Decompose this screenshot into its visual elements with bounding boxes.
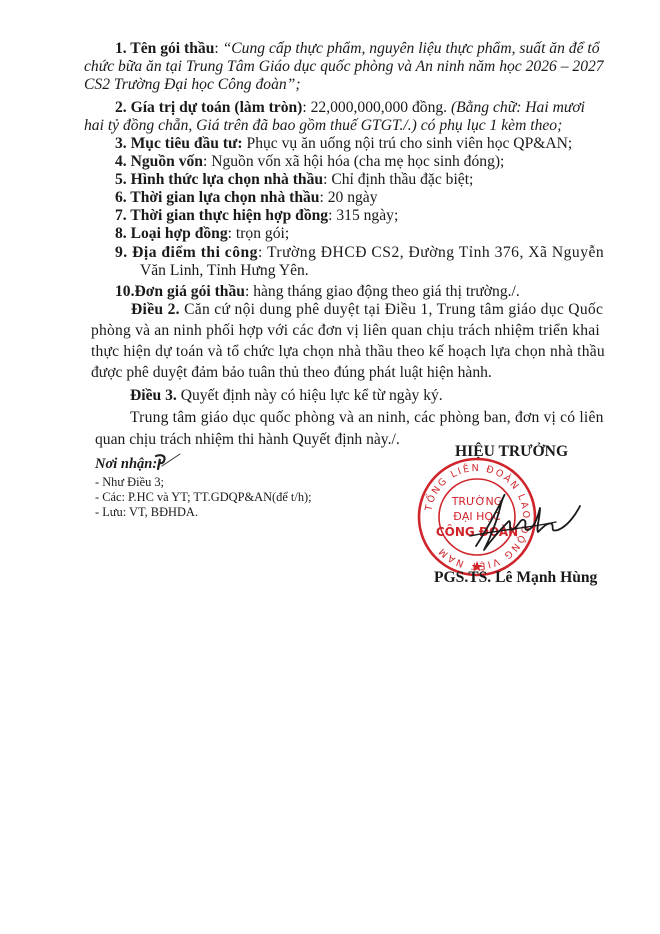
item-2-note: (Bằng chữ: Hai mươi xyxy=(451,99,585,116)
item-2-line-2: hai tỷ đồng chẵn, Giá trên đã bao gồm th… xyxy=(84,117,562,135)
article-2-label: Điều 2. xyxy=(131,301,180,318)
signature-icon xyxy=(468,488,588,558)
article-3-label: Điều 3. xyxy=(130,387,177,404)
closing-line-2: quan chịu trách nhiệm thi hành Quyết địn… xyxy=(95,431,400,449)
signer-name: PGS.TS. Lê Mạnh Hùng xyxy=(434,569,597,587)
recipient-item: - Như Điều 3; xyxy=(95,475,164,490)
item-2-line-1: 2. Gía trị dự toán (làm tròn): 22,000,00… xyxy=(115,99,585,117)
recipient-item: - Các: P.HC và YT; TT.GDQP&AN(để t/h); xyxy=(95,490,312,505)
item-1-text: “Cung cấp thực phẩm, nguyên liệu thực ph… xyxy=(223,40,600,57)
article-3: Điều 3. Quyết định này có hiệu lực kể từ… xyxy=(130,387,443,405)
article-2-line-2: phòng và an ninh phối hợp với các đơn vị… xyxy=(91,322,600,340)
closing-line-1: Trung tâm giáo dục quốc phòng và an ninh… xyxy=(130,409,604,427)
article-2-line-3: thực hiện dự toán và tổ chức lựa chọn nh… xyxy=(91,343,605,361)
item-6: 6. Thời gian lựa chọn nhà thầu: 20 ngày xyxy=(115,189,378,207)
item-9-line-1: 9. Địa điểm thi công: Trường ĐHCĐ CS2, Đ… xyxy=(115,244,604,262)
item-4: 4. Nguồn vốn: Nguồn vốn xã hội hóa (cha … xyxy=(115,153,504,171)
item-3: 3. Mục tiêu đầu tư: Phục vụ ăn uống nội … xyxy=(115,135,572,153)
handwritten-mark-icon xyxy=(152,452,192,472)
article-2-line-4: được phê duyệt đảm bảo tuân thủ theo đún… xyxy=(91,364,492,382)
item-1-line-1: 1. Tên gói thầu: “Cung cấp thực phẩm, ng… xyxy=(115,40,600,58)
item-5: 5. Hình thức lựa chọn nhà thầu: Chỉ định… xyxy=(115,171,473,189)
item-1-line-3: CS2 Trường Đại học Công đoàn”; xyxy=(84,76,301,94)
item-10: 10.Đơn giá gói thầu: hàng tháng giao độn… xyxy=(115,283,520,301)
recipients-title: Nơi nhận: xyxy=(95,455,157,473)
document-page: 1. Tên gói thầu: “Cung cấp thực phẩm, ng… xyxy=(0,0,660,934)
recipient-item: - Lưu: VT, BĐHDA. xyxy=(95,505,198,520)
article-2-line-1: Điều 2. Căn cứ nội dung phê duyệt tại Đi… xyxy=(131,301,603,319)
item-2-label: 2. Gía trị dự toán (làm tròn) xyxy=(115,99,302,116)
item-9-line-2: Văn Linh, Tỉnh Hưng Yên. xyxy=(140,262,309,280)
item-7: 7. Thời gian thực hiện hợp đồng: 315 ngà… xyxy=(115,207,398,225)
item-8: 8. Loại hợp đồng: trọn gói; xyxy=(115,225,289,243)
item-2-value: 22,000,000,000 đồng. xyxy=(311,99,447,116)
item-1-label: 1. Tên gói thầu xyxy=(115,40,214,57)
item-1-line-2: chức bữa ăn tại Trung Tâm Giáo dục quốc … xyxy=(84,58,604,76)
